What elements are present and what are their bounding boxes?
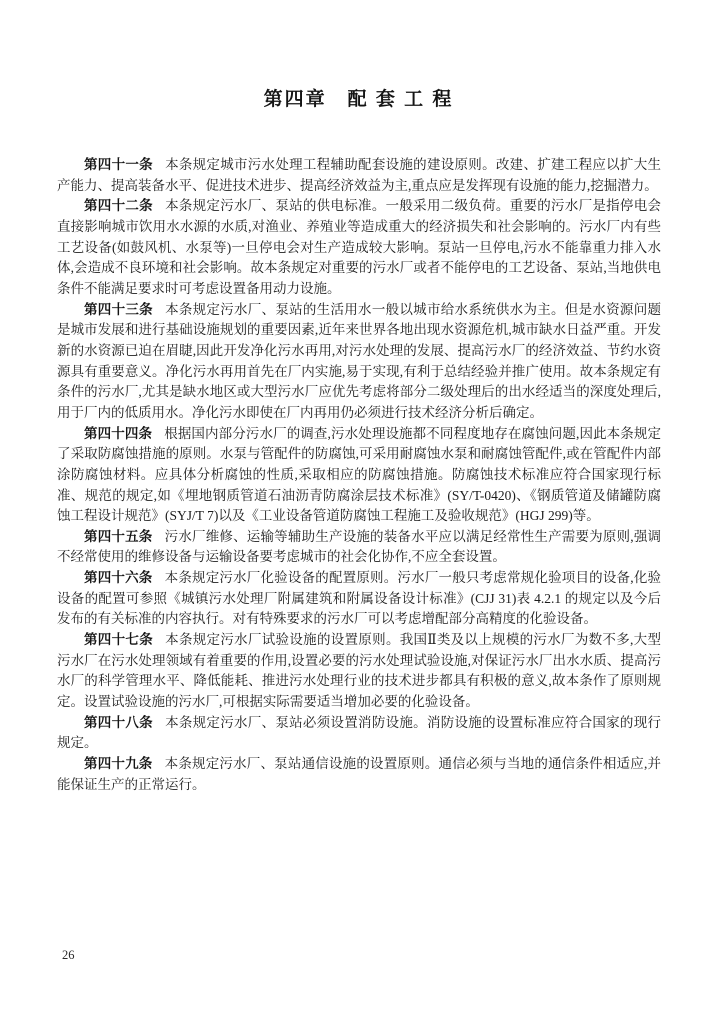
article-number: 第四十七条 xyxy=(84,632,153,647)
article-number: 第四十二条 xyxy=(84,198,153,213)
article-paragraph: 第四十八条本条规定污水厂、泵站必须设置消防设施。消防设施的设置标准应符合国家的现… xyxy=(57,713,661,754)
article-number: 第四十五条 xyxy=(84,529,152,544)
article-paragraph: 第四十三条本条规定污水厂、泵站的生活用水一般以城市给水系统供水为主。但是水资源问… xyxy=(57,300,661,424)
chapter-title: 第四章 配 套 工 程 xyxy=(0,84,717,111)
article-paragraph: 第四十六条本条规定污水厂化验设备的配置原则。污水厂一般只考虑常规化验项目的设备,… xyxy=(57,568,661,630)
article-paragraph: 第四十七条本条规定污水厂试验设施的设置原则。我国Ⅱ类及以上规模的污水厂为数不多,… xyxy=(57,630,661,713)
article-number: 第四十一条 xyxy=(84,157,153,172)
article-paragraph: 第四十四条根据国内部分污水厂的调查,污水处理设施都不同程度地存在腐蚀问题,因此本… xyxy=(57,424,661,527)
article-paragraph: 第四十二条本条规定污水厂、泵站的供电标准。一般采用二级负荷。重要的污水厂是指停电… xyxy=(57,196,661,299)
page-number: 26 xyxy=(62,948,75,963)
article-number: 第四十三条 xyxy=(84,302,153,317)
article-number: 第四十九条 xyxy=(84,756,152,771)
article-number: 第四十六条 xyxy=(84,570,152,585)
document-page: 第四章 配 套 工 程 第四十一条本条规定城市污水处理工程辅助配套设施的建设原则… xyxy=(0,0,717,1018)
article-number: 第四十四条 xyxy=(84,426,152,441)
article-paragraph: 第四十一条本条规定城市污水处理工程辅助配套设施的建设原则。改建、扩建工程应以扩大… xyxy=(57,155,661,196)
article-number: 第四十八条 xyxy=(84,715,153,730)
article-text: 本条规定污水厂、泵站的生活用水一般以城市给水系统供水为主。但是水资源问题是城市发… xyxy=(57,302,661,420)
article-paragraph: 第四十五条污水厂维修、运输等辅助生产设施的装备水平应以满足经常性生产需要为原则,… xyxy=(57,527,661,568)
article-paragraph: 第四十九条本条规定污水厂、泵站通信设施的设置原则。通信必须与当地的通信条件相适应… xyxy=(57,754,661,795)
article-list: 第四十一条本条规定城市污水处理工程辅助配套设施的建设原则。改建、扩建工程应以扩大… xyxy=(57,155,661,795)
